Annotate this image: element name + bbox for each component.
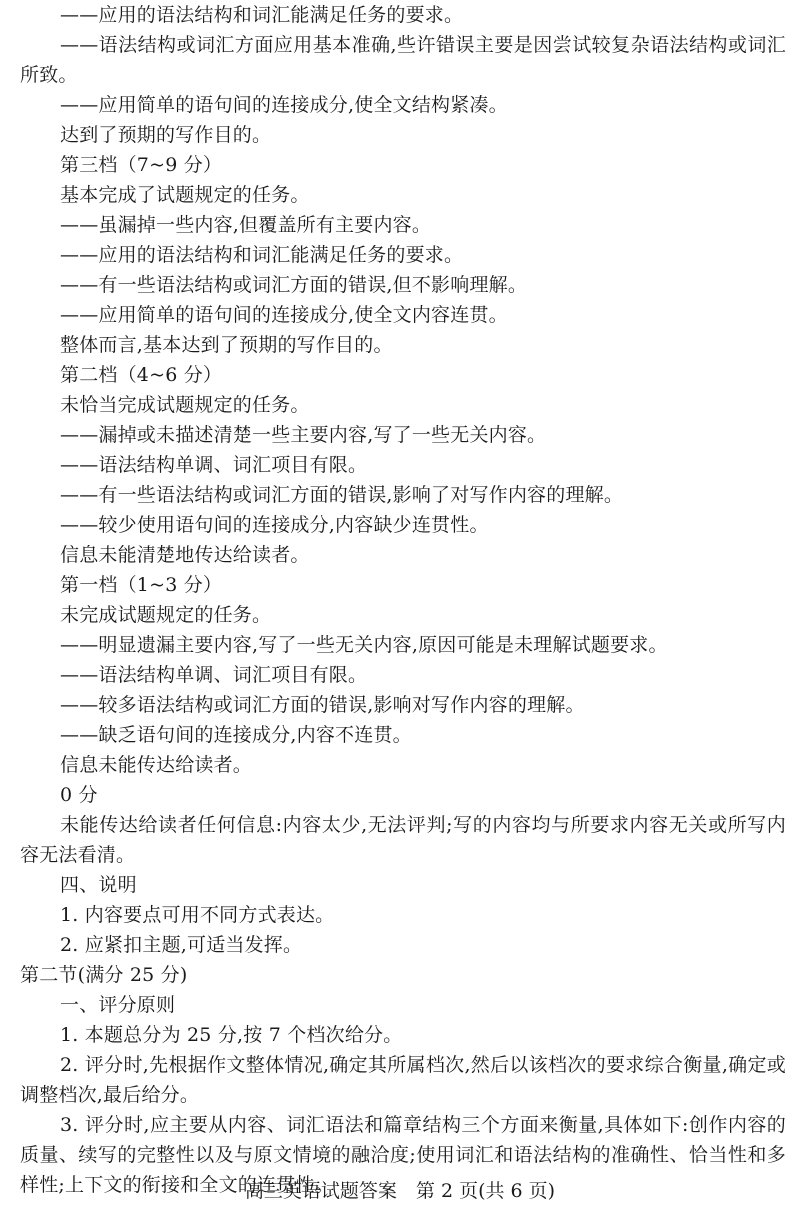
text-line: 达到了预期的写作目的。 (20, 120, 786, 150)
grading-levels-block: ——应用简单的语句间的连接成分,使全文结构紧凑。 达到了预期的写作目的。 第三档… (20, 90, 786, 810)
paragraph: ——语法结构或词汇方面应用基本准确,些许错误主要是因尝试较复杂语法结构或词汇所致… (20, 30, 786, 90)
document-page: ——应用的语法结构和词汇能满足任务的要求。 ——语法结构或词汇方面应用基本准确,… (20, 0, 786, 1200)
text-line: ——较少使用语句间的连接成分,内容缺少连贯性。 (20, 510, 786, 540)
text-line: ——明显遗漏主要内容,写了一些无关内容,原因可能是未理解试题要求。 (20, 630, 786, 660)
level-heading-0: 0 分 (20, 780, 786, 810)
text-line: ——有一些语法结构或词汇方面的错误,但不影响理解。 (20, 270, 786, 300)
principles-heading: 一、评分原则 (20, 990, 786, 1020)
text-line: ——应用的语法结构和词汇能满足任务的要求。 (20, 240, 786, 270)
text-line: ——语法结构单调、词汇项目有限。 (20, 450, 786, 480)
text-line: 信息未能清楚地传达给读者。 (20, 540, 786, 570)
paragraph: 未能传达给读者任何信息:内容太少,无法评判;写的内容均与所要求内容无关或所写内容… (20, 810, 786, 870)
section-heading: 第二节(满分 25 分) (20, 960, 786, 990)
level-heading-3: 第三档（7~9 分） (20, 150, 786, 180)
text-line: ——漏掉或未描述清楚一些主要内容,写了一些无关内容。 (20, 420, 786, 450)
text-line: 信息未能传达给读者。 (20, 750, 786, 780)
paragraph: 2. 评分时,先根据作文整体情况,确定其所属档次,然后以该档次的要求综合衡量,确… (20, 1050, 786, 1110)
text-line: 2. 应紧扣主题,可适当发挥。 (20, 930, 786, 960)
text-line: ——语法结构单调、词汇项目有限。 (20, 660, 786, 690)
text-line: 未恰当完成试题规定的任务。 (20, 390, 786, 420)
page-footer: 高三英语试题答案 第 2 页(共 6 页) (0, 1176, 800, 1206)
text-line: 基本完成了试题规定的任务。 (20, 180, 786, 210)
notes-heading: 四、说明 (20, 870, 786, 900)
level-heading-1: 第一档（1~3 分） (20, 570, 786, 600)
text-line: ——较多语法结构或词汇方面的错误,影响对写作内容的理解。 (20, 690, 786, 720)
text-line: 1. 本题总分为 25 分,按 7 个档次给分。 (20, 1020, 786, 1050)
notes-block: 四、说明 1. 内容要点可用不同方式表达。 2. 应紧扣主题,可适当发挥。 (20, 870, 786, 960)
text-line: ——应用简单的语句间的连接成分,使全文内容连贯。 (20, 300, 786, 330)
text-line: 1. 内容要点可用不同方式表达。 (20, 900, 786, 930)
text-line: ——有一些语法结构或词汇方面的错误,影响了对写作内容的理解。 (20, 480, 786, 510)
level-heading-2: 第二档（4~6 分） (20, 360, 786, 390)
text-line: ——缺乏语句间的连接成分,内容不连贯。 (20, 720, 786, 750)
text-line: 整体而言,基本达到了预期的写作目的。 (20, 330, 786, 360)
text-line: ——应用的语法结构和词汇能满足任务的要求。 (20, 0, 786, 30)
principles-block: 一、评分原则 1. 本题总分为 25 分,按 7 个档次给分。 (20, 990, 786, 1050)
text-line: ——虽漏掉一些内容,但覆盖所有主要内容。 (20, 210, 786, 240)
text-line: 未完成试题规定的任务。 (20, 600, 786, 630)
text-line: ——应用简单的语句间的连接成分,使全文结构紧凑。 (20, 90, 786, 120)
